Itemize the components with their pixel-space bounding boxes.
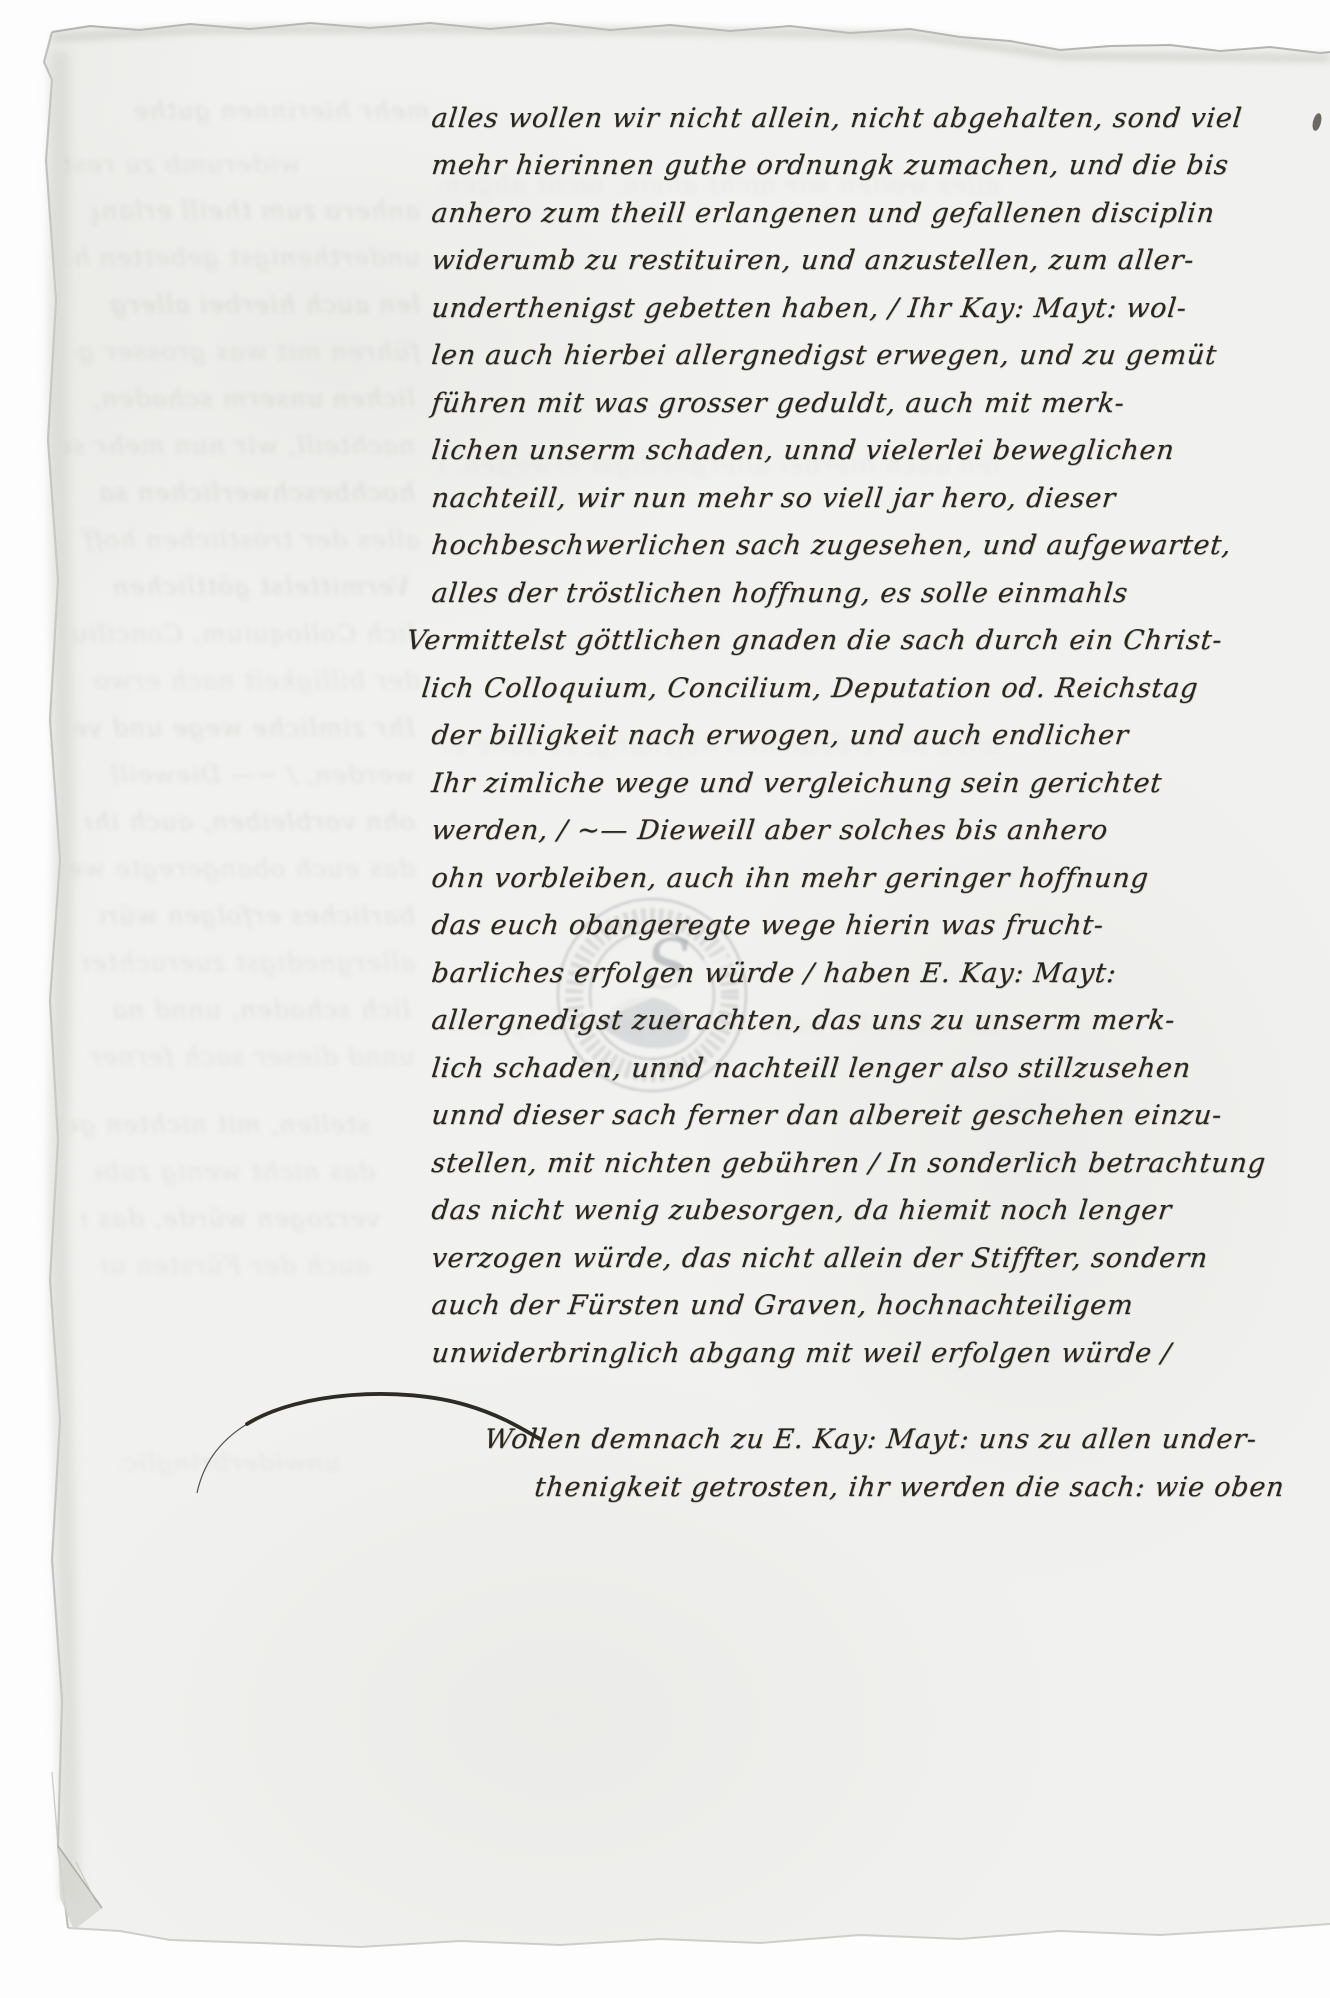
manuscript-line: allergnedigst zuerachten, das uns zu uns… xyxy=(430,1005,1177,1036)
manuscript-closing-line: Wollen demnach zu E. Kay: Mayt: uns zu a… xyxy=(483,1424,1259,1455)
manuscript-line: mehr hierinnen guthe ordnungk zumachen, … xyxy=(430,150,1230,181)
manuscript-line: unwiderbringlich abgang mit weil erfolge… xyxy=(430,1338,1173,1369)
manuscript-line: Vermittelst göttlichen gnaden die sach d… xyxy=(405,625,1224,656)
manuscript-line: alles wollen wir nicht allein, nicht abg… xyxy=(430,103,1244,134)
manuscript-line: nachteill, wir nun mehr so viell jar her… xyxy=(430,483,1118,514)
manuscript-line: anhero zum theill erlangenen und gefalle… xyxy=(430,198,1216,229)
manuscript-line: unnd dieser sach ferner dan albereit ges… xyxy=(430,1100,1224,1131)
manuscript-line: das euch obangeregte wege hierin was fru… xyxy=(430,910,1105,941)
manuscript-line: lich Colloquium, Concilium, Deputation o… xyxy=(420,673,1200,704)
manuscript-line: Ihr zimliche wege und vergleichung sein … xyxy=(430,768,1164,799)
manuscript-line: underthenigst gebetten haben, / Ihr Kay:… xyxy=(430,293,1188,324)
manuscript-line: führen mit was grosser geduldt, auch mit… xyxy=(430,388,1126,419)
manuscript-line: alles der tröstlichen hoffnung, es solle… xyxy=(430,578,1130,609)
scanned-page: S mehr hierinnen guthe ordnungk zumachen… xyxy=(0,0,1330,1998)
manuscript-line: verzogen würde, das nicht allein der Sti… xyxy=(430,1243,1210,1274)
manuscript-line: lich schaden, unnd nachteill lenger also… xyxy=(430,1053,1193,1084)
manuscript-line: ohn vorbleiben, auch ihn mehr geringer h… xyxy=(430,863,1150,894)
manuscript-line: der billigkeit nach erwogen, und auch en… xyxy=(430,720,1130,751)
manuscript-line: werden, / ~— Dieweill aber solches bis a… xyxy=(430,815,1110,846)
manuscript-line: hochbeschwerlichen sach zugesehen, und a… xyxy=(430,530,1233,561)
manuscript-line: das nicht wenig zubesorgen, da hiemit no… xyxy=(430,1195,1173,1226)
manuscript-line: barliches erfolgen würde / haben E. Kay:… xyxy=(430,958,1118,989)
manuscript-line: widerumb zu restituiren, und anzustellen… xyxy=(430,245,1196,276)
manuscript-line: stellen, mit nichten gebühren / In sonde… xyxy=(430,1148,1267,1179)
manuscript-line: auch der Fürsten und Graven, hochnachtei… xyxy=(430,1290,1135,1321)
manuscript-closing-line: thenigkeit getrosten, ihr werden die sac… xyxy=(533,1472,1286,1503)
manuscript-line: len auch hierbei allergnedigst erwegen, … xyxy=(430,340,1219,371)
manuscript-line: lichen unserm schaden, unnd vielerlei be… xyxy=(430,435,1176,466)
manuscript-text: alles wollen wir nicht allein, nicht abg… xyxy=(0,0,1330,1998)
